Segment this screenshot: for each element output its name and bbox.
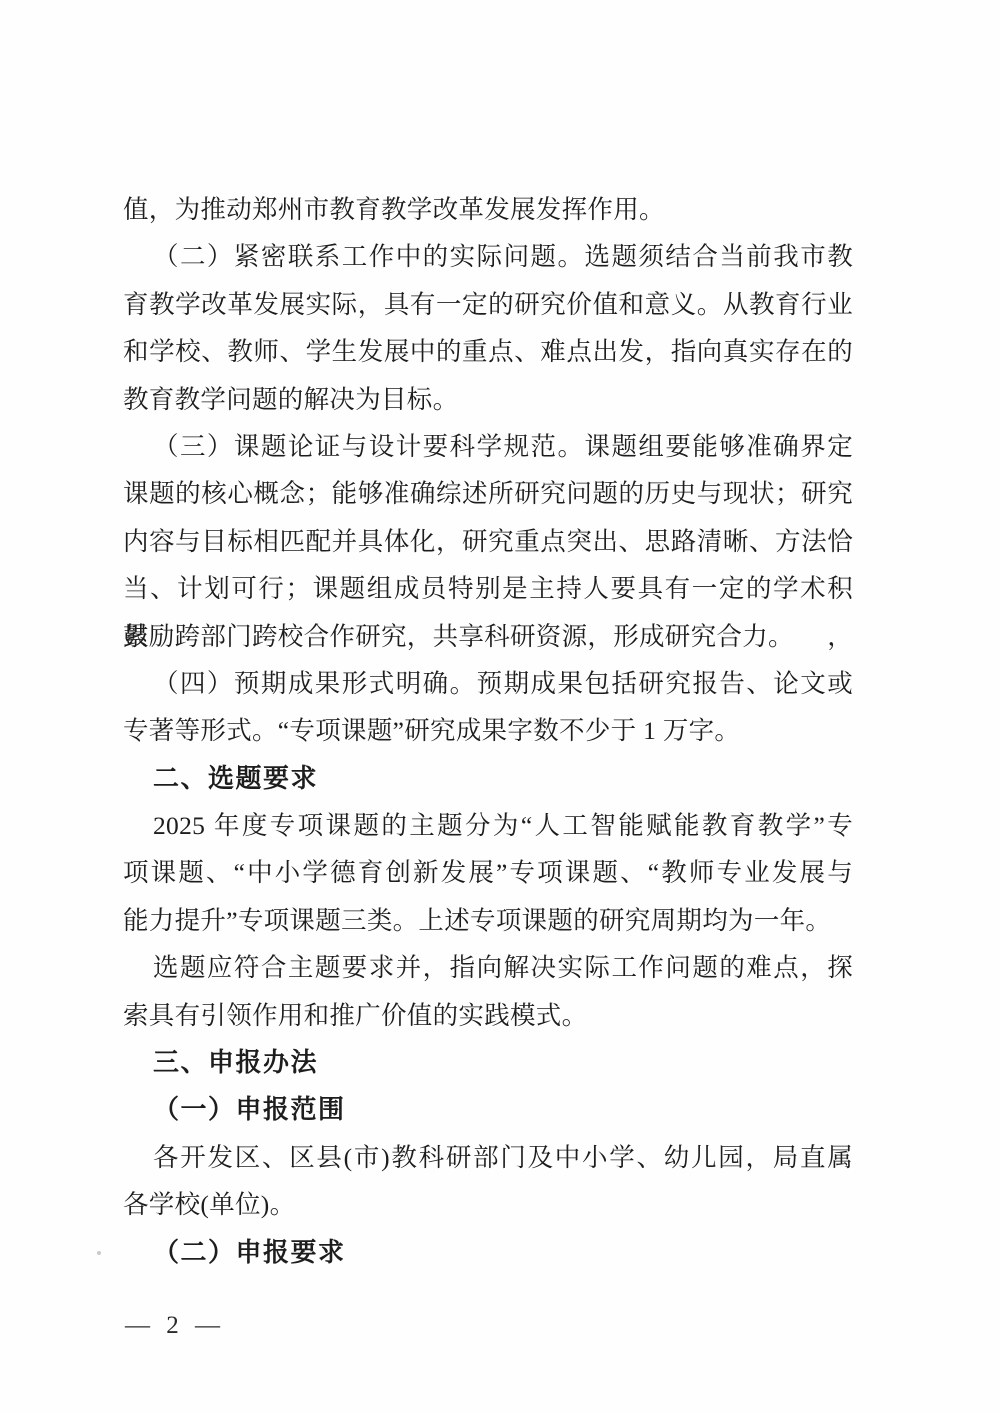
- text-line: 项课题、“中小学德育创新发展”专项课题、“教师专业发展与: [123, 849, 853, 896]
- page-number: — 2 —: [125, 1312, 221, 1340]
- text-line: 育教学改革发展实际，具有一定的研究价值和意义。从教育行业: [123, 281, 853, 328]
- text-line: 选题应符合主题要求并，指向解决实际工作问题的难点，探: [123, 944, 853, 991]
- scan-speck: [97, 1251, 101, 1255]
- text-line: 课题的核心概念；能够准确综述所研究问题的历史与现状；研究: [123, 470, 853, 517]
- text-line: 值，为推动郑州市教育教学改革发展发挥作用。: [123, 186, 853, 233]
- text-line: （三）课题论证与设计要科学规范。课题组要能够准确界定: [123, 423, 853, 470]
- text-line: 各学校(单位)。: [123, 1181, 853, 1228]
- text-line: 索具有引领作用和推广价值的实践模式。: [123, 992, 853, 1039]
- text-line: 和学校、教师、学生发展中的重点、难点出发，指向真实存在的: [123, 328, 853, 375]
- text-line: 教育教学问题的解决为目标。: [123, 376, 853, 423]
- text-line: 鼓励跨部门跨校合作研究，共享科研资源，形成研究合力。: [123, 613, 853, 660]
- document-page: 值，为推动郑州市教育教学改革发展发挥作用。（二）紧密联系工作中的实际问题。选题须…: [0, 0, 1000, 1414]
- text-line: 当、计划可行；课题组成员特别是主持人要具有一定的学术积累，: [123, 565, 853, 612]
- text-line: 专著等形式。“专项课题”研究成果字数不少于 1 万字。: [123, 707, 853, 754]
- text-line: （四）预期成果形式明确。预期成果包括研究报告、论文或: [123, 660, 853, 707]
- document-body: 值，为推动郑州市教育教学改革发展发挥作用。（二）紧密联系工作中的实际问题。选题须…: [123, 186, 853, 1276]
- text-line: 各开发区、区县(市)教科研部门及中小学、幼儿园，局直属: [123, 1134, 853, 1181]
- heading-line: 三、申报办法: [123, 1039, 853, 1086]
- text-line: 2025 年度专项课题的主题分为“人工智能赋能教育教学”专: [123, 802, 853, 849]
- heading-line: （一）申报范围: [123, 1086, 853, 1133]
- heading-line: 二、选题要求: [123, 755, 853, 802]
- text-line: 内容与目标相匹配并具体化，研究重点突出、思路清晰、方法恰: [123, 518, 853, 565]
- heading-line: （二）申报要求: [123, 1229, 853, 1276]
- text-line: 能力提升”专项课题三类。上述专项课题的研究周期均为一年。: [123, 897, 853, 944]
- text-line: （二）紧密联系工作中的实际问题。选题须结合当前我市教: [123, 233, 853, 280]
